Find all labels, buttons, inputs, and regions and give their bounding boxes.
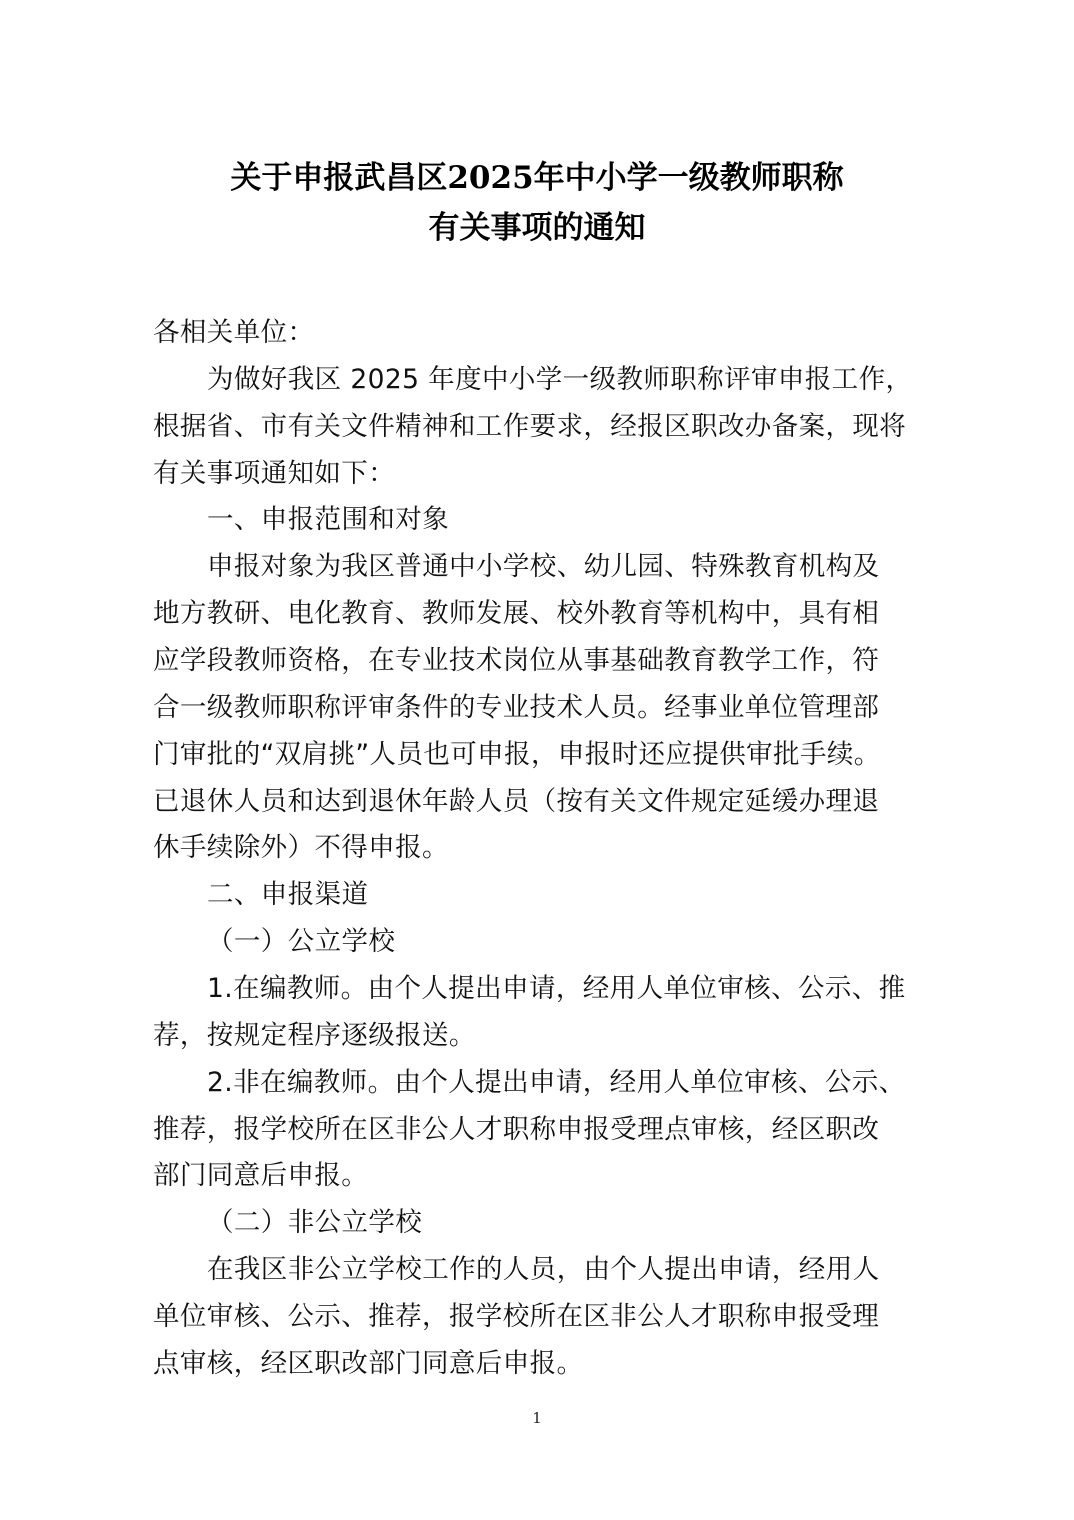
subsection-heading-public: （一）公立学校	[153, 918, 977, 965]
paragraph-line: 荐，按规定程序逐级报送。	[153, 1012, 923, 1059]
document-page: 关于申报武昌区2025年中小学一级教师职称 有关事项的通知 各相关单位： 为做好…	[0, 0, 1074, 1520]
paragraph-line: 合一级教师职称评审条件的专业技术人员。经事业单位管理部	[153, 684, 923, 731]
paragraph-line: 地方教研、电化教育、教师发展、校外教育等机构中，具有相	[153, 590, 923, 637]
paragraph-line: 推荐，报学校所在区非公人才职称申报受理点审核，经区职改	[153, 1106, 923, 1153]
paragraph-line: 申报对象为我区普通中小学校、幼儿园、特殊教育机构及	[153, 543, 977, 590]
paragraph-line: 已退休人员和达到退休年龄人员（按有关文件规定延缓办理退	[153, 778, 923, 825]
paragraph-line: 1.在编教师。由个人提出申请，经用人单位审核、公示、推	[153, 965, 977, 1012]
paragraph-line: 休手续除外）不得申报。	[153, 824, 923, 871]
document-title-line-1: 关于申报武昌区2025年中小学一级教师职称	[0, 156, 1074, 200]
paragraph-line: 点审核，经区职改部门同意后申报。	[153, 1340, 923, 1387]
subsection-heading-private: （二）非公立学校	[153, 1199, 977, 1246]
paragraph-line: 为做好我区 2025 年度中小学一级教师职称评审申报工作，	[153, 356, 977, 403]
paragraph-line: 门审批的“双肩挑”人员也可申报，申报时还应提供审批手续。	[153, 731, 923, 778]
paragraph-line: 部门同意后申报。	[153, 1152, 923, 1199]
page-number: 1	[0, 1409, 1074, 1427]
paragraph-line: 应学段教师资格，在专业技术岗位从事基础教育教学工作，符	[153, 637, 923, 684]
document-title-line-2: 有关事项的通知	[0, 206, 1074, 250]
paragraph-line: 在我区非公立学校工作的人员，由个人提出申请，经用人	[153, 1246, 977, 1293]
paragraph-line: 单位审核、公示、推荐，报学校所在区非公人才职称申报受理	[153, 1293, 923, 1340]
paragraph-line: 根据省、市有关文件精神和工作要求，经报区职改办备案，现将	[153, 403, 923, 450]
paragraph-line: 2.非在编教师。由个人提出申请，经用人单位审核、公示、	[153, 1059, 977, 1106]
section-heading-1: 一、申报范围和对象	[153, 496, 977, 543]
paragraph-line: 有关事项通知如下：	[153, 450, 923, 497]
salutation: 各相关单位：	[153, 309, 923, 356]
section-heading-2: 二、申报渠道	[153, 871, 977, 918]
